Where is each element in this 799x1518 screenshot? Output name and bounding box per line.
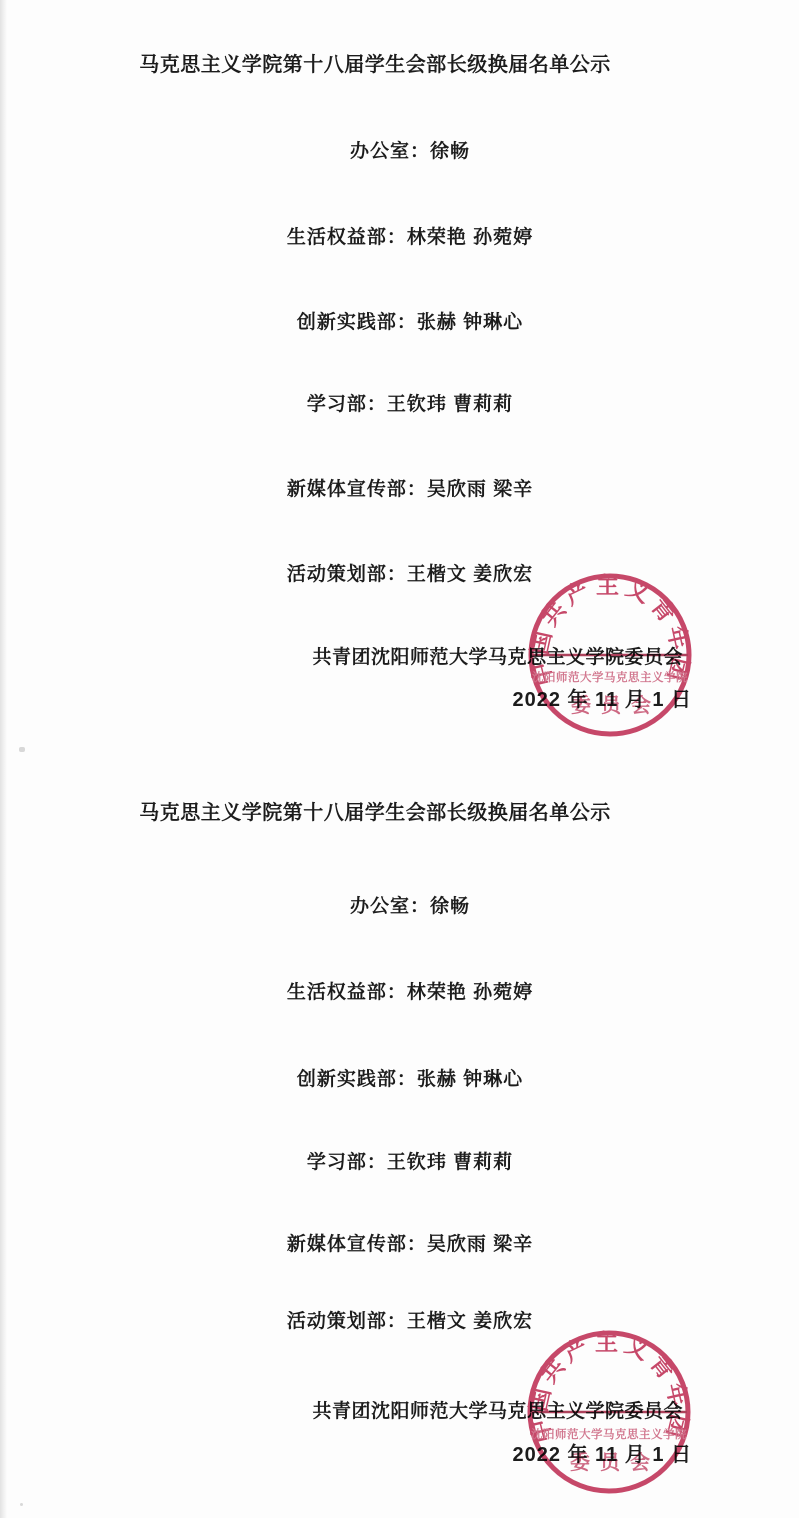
department-line-office: 办公室：徐畅	[0, 894, 799, 920]
official-seal: 中国共产主义青年团 沈阳师范大学马克思主义学院 委员会	[524, 569, 696, 741]
scan-speck	[19, 747, 25, 752]
seal-committee-text: 委员会	[571, 693, 661, 717]
seal-org-text: 沈阳师范大学马克思主义学院	[530, 1427, 687, 1441]
seal-arc-text: 中国共产主义青年团	[526, 572, 694, 688]
department-line-study: 学习部：王钦玮 曹莉莉	[0, 1150, 799, 1176]
announcement-title: 马克思主义学院第十八届学生会部长级换届名单公示	[0, 50, 750, 80]
seal-org-text: 沈阳师范大学马克思主义学院	[531, 670, 688, 684]
department-line-life-rights: 生活权益部：林荣艳 孙菀婷	[0, 225, 799, 251]
department-line-new-media: 新媒体宣传部：吴欣雨 梁辛	[0, 1232, 799, 1258]
department-line-new-media: 新媒体宣传部：吴欣雨 梁辛	[0, 477, 799, 503]
department-line-study: 学习部：王钦玮 曹莉莉	[0, 392, 799, 418]
department-line-innovation: 创新实践部：张赫 钟琳心	[0, 1067, 799, 1093]
seal-arc-text: 中国共产主义青年团	[525, 1329, 693, 1445]
department-line-office: 办公室：徐畅	[0, 139, 799, 165]
seal-committee-text: 委员会	[570, 1450, 660, 1474]
scanned-announcement-page: 马克思主义学院第十八届学生会部长级换届名单公示 办公室：徐畅 生活权益部：林荣艳…	[0, 0, 799, 1518]
announcement-title: 马克思主义学院第十八届学生会部长级换届名单公示	[0, 798, 750, 828]
department-line-life-rights: 生活权益部：林荣艳 孙菀婷	[0, 980, 799, 1006]
department-line-innovation: 创新实践部：张赫 钟琳心	[0, 310, 799, 336]
scan-speck	[20, 1503, 23, 1506]
official-seal: 中国共产主义青年团 沈阳师范大学马克思主义学院 委员会	[523, 1326, 695, 1498]
